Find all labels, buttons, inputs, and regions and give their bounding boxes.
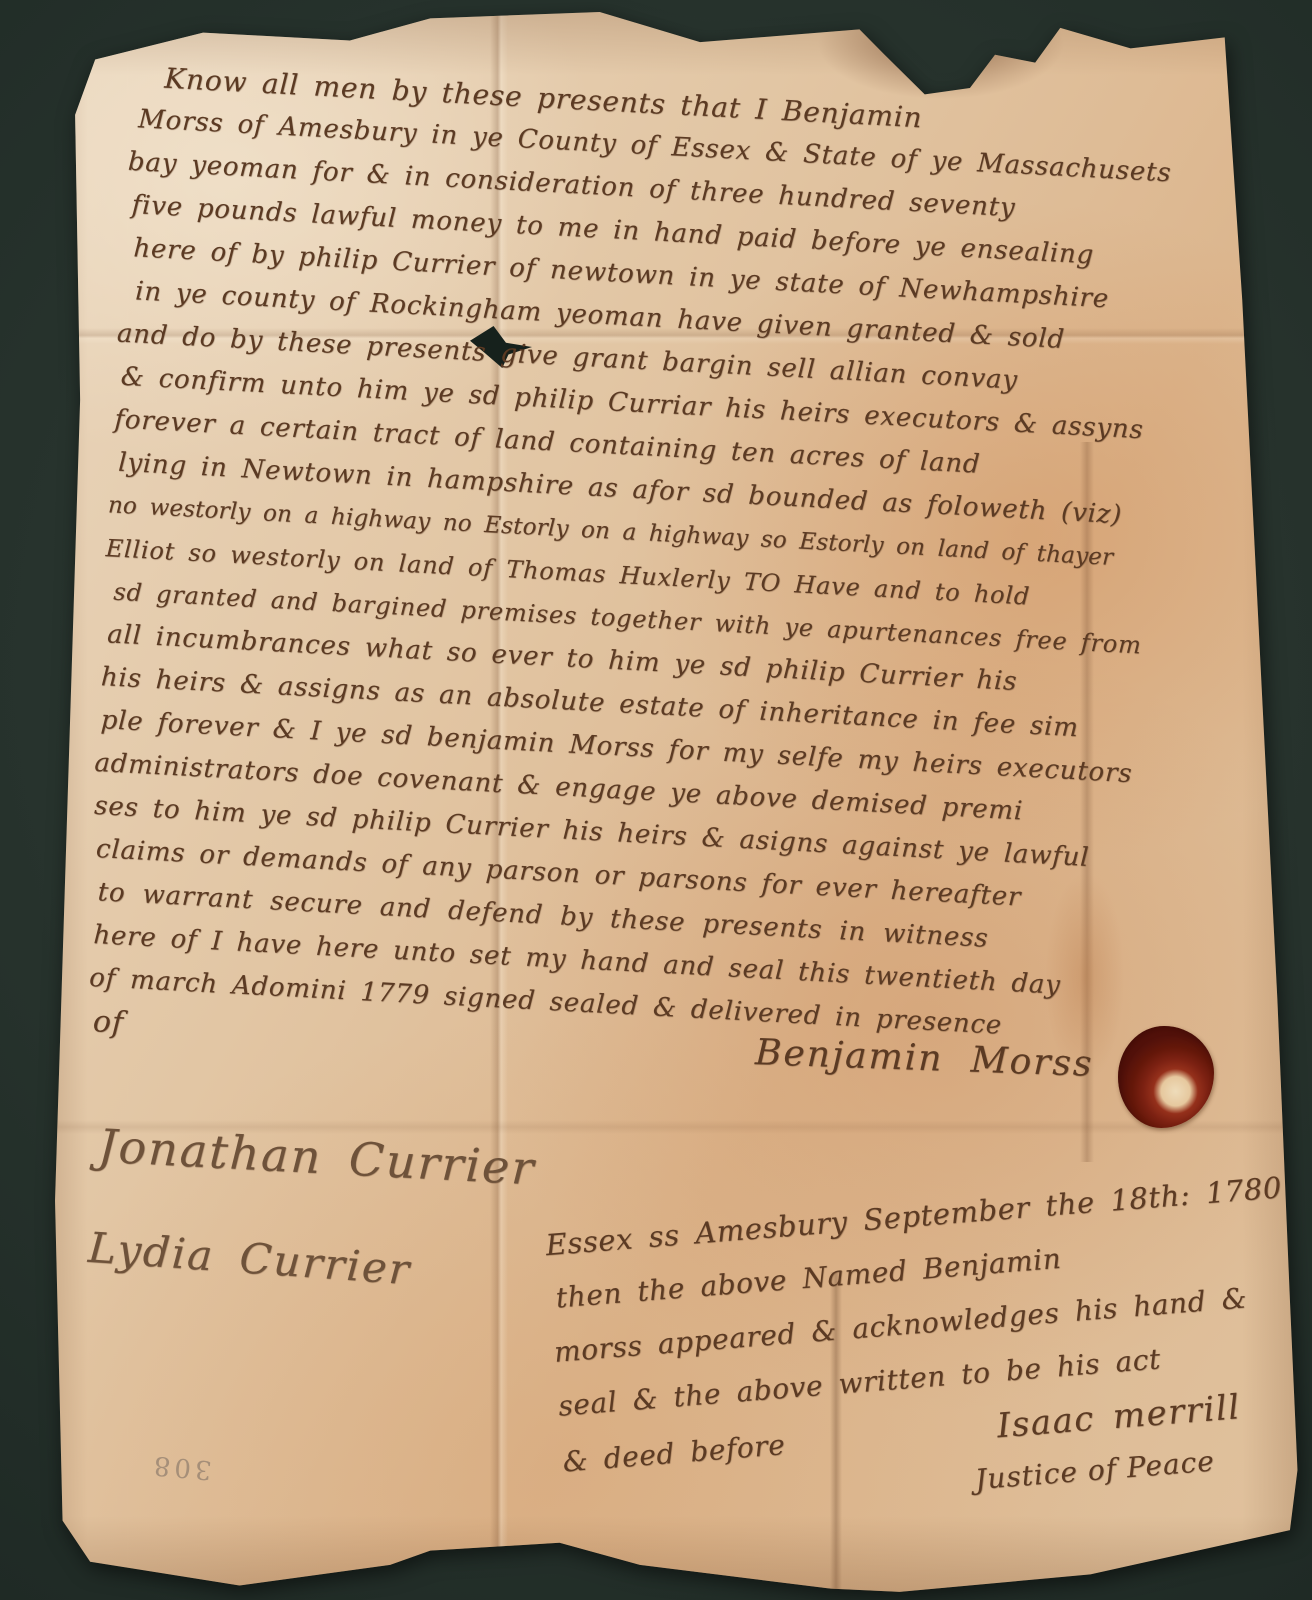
wax-seal — [1118, 1026, 1214, 1128]
deed-paper: Know all men by these presents that I Be… — [50, 12, 1305, 1595]
deed-body-text: Know all men by these presents that I Be… — [80, 55, 1270, 1102]
pencil-archive-note: 308 — [149, 1449, 213, 1484]
witness-signature-jonathan-currier: Jonathan Currier — [97, 1119, 537, 1196]
photo-backdrop: Know all men by these presents that I Be… — [0, 0, 1312, 1600]
acknowledgment-block: Essex ss Amesbury September the 18th: 17… — [544, 1163, 1277, 1538]
witness-signature-lydia-currier: Lydia Currier — [87, 1223, 413, 1294]
